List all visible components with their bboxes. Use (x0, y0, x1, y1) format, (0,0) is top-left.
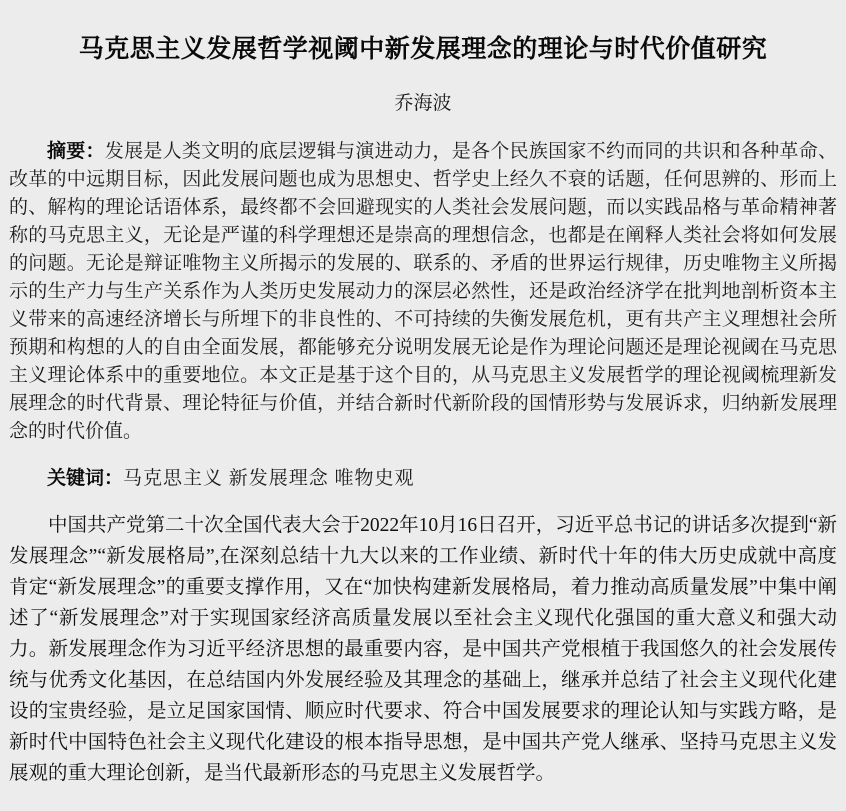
author-name: 乔海波 (9, 92, 837, 116)
abstract-paragraph: 摘要：发展是人类文明的底层逻辑与演进动力，是各个民族国家不约而同的共识和各种革命… (9, 138, 837, 446)
keywords-label: 关键词： (47, 468, 123, 489)
body-paragraph: 中国共产党第二十次全国代表大会于2022年10月16日召开，习近平总书记的讲话多… (9, 510, 837, 789)
document-page: 马克思主义发展哲学视阈中新发展理念的理论与时代价值研究 乔海波 摘要：发展是人类… (0, 0, 846, 811)
keywords-line: 关键词：马克思主义 新发展理念 唯物史观 (9, 466, 837, 492)
keywords-text: 马克思主义 新发展理念 唯物史观 (123, 468, 415, 489)
paper-title: 马克思主义发展哲学视阈中新发展理念的理论与时代价值研究 (9, 34, 837, 64)
abstract-text: 发展是人类文明的底层逻辑与演进动力，是各个民族国家不约而同的共识和各种革命、改革… (9, 141, 837, 442)
abstract-label: 摘要： (47, 141, 105, 162)
